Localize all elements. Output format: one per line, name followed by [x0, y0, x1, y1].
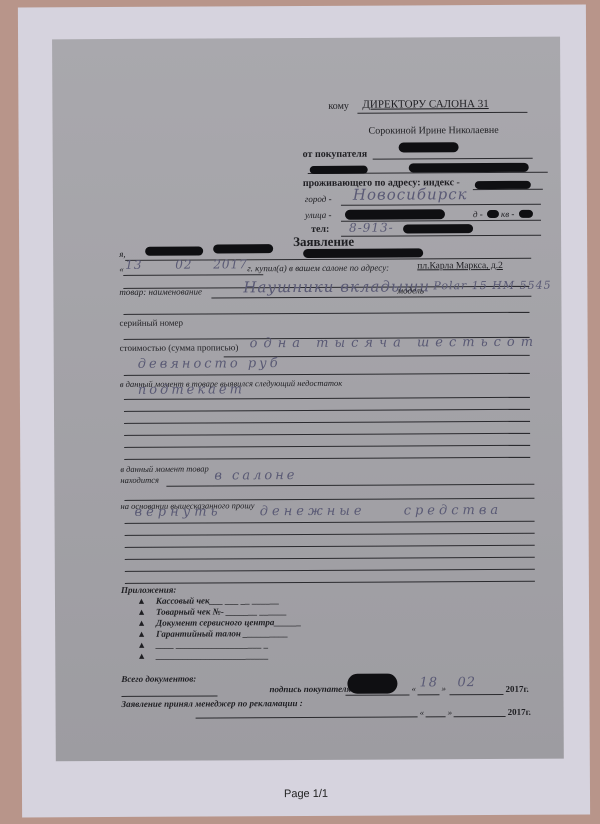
defect-line — [124, 457, 530, 460]
redaction — [310, 166, 368, 174]
defect-value: подтекает — [138, 382, 245, 398]
request-line — [125, 569, 535, 572]
redaction — [213, 244, 273, 253]
sign-day-underline — [417, 694, 439, 695]
attachment-item: ▲Товарный чек №- _______ ______ — [137, 606, 287, 617]
bullet-icon: ▲ — [137, 618, 146, 628]
bullet-icon: ▲ — [137, 607, 146, 617]
redaction — [475, 181, 531, 189]
request-line — [125, 581, 535, 584]
separator-line — [123, 312, 529, 315]
to-label: кому — [328, 101, 349, 112]
location-value: в салоне — [214, 468, 297, 483]
purchase-text: г. купил(а) в вашем салоне по адресу: — [247, 263, 389, 274]
redaction — [403, 224, 473, 233]
redaction — [409, 163, 529, 173]
city-label: город - — [305, 194, 332, 204]
defect-line — [124, 445, 530, 448]
apt-label: кв - — [501, 209, 514, 219]
product-label: товар: наименование — [119, 287, 202, 297]
page-indicator: Page 1/1 — [22, 787, 590, 802]
redaction — [303, 248, 423, 258]
model-value: Polar 15 HM 5545 — [433, 279, 551, 293]
bullet-icon: ▲ — [137, 640, 146, 650]
total-documents-label: Всего документов: — [121, 674, 196, 684]
sign-year: 2017г. — [505, 684, 528, 694]
attachment-item: ▲Документ сервисного центра______ — [137, 617, 301, 628]
total-underline — [121, 695, 217, 697]
attachment-item: ▲Кассовый чек___ ___ __ ______ — [137, 595, 279, 606]
quote-open: « — [420, 707, 425, 717]
request-line — [125, 545, 535, 548]
redaction — [487, 210, 499, 218]
signature-label: подпись покупателя — [269, 684, 351, 694]
manager-underline — [196, 716, 418, 718]
house-label: д - — [473, 209, 483, 219]
date-underline — [123, 274, 263, 276]
cost-label: стоимостью (сумма прописью) — [120, 342, 239, 353]
to-name: Сорокиной Ирине Николаевне — [369, 125, 499, 137]
quote-close: » — [441, 683, 446, 693]
attachment-item: ▲Гарантийный талон __________ — [137, 628, 288, 639]
printed-form: кому ДИРЕКТОРУ САЛОНА 31 Сорокиной Ирине… — [52, 37, 564, 762]
paper-sheet: кому ДИРЕКТОРУ САЛОНА 31 Сорокиной Ирине… — [18, 5, 590, 818]
location-label-1: в данный момент товар — [120, 463, 209, 473]
street-label: улица - — [305, 210, 332, 220]
signature-redaction — [347, 674, 397, 694]
to-underline — [357, 112, 527, 114]
cost-value-2: девяносто руб — [138, 356, 281, 372]
bullet-icon: ▲ — [137, 629, 146, 639]
location-label-2: находится — [120, 475, 159, 485]
from-label: от покупателя — [303, 149, 368, 160]
defect-line — [124, 433, 530, 436]
manager-month-underline — [454, 716, 506, 717]
to-value: ДИРЕКТОРУ САЛОНА 31 — [362, 98, 488, 111]
signature-underline — [345, 694, 409, 695]
phone-underline — [341, 235, 541, 237]
redaction — [399, 142, 459, 152]
bullet-icon: ▲ — [137, 651, 146, 661]
cost-underline-2 — [124, 373, 530, 376]
serial-label: серийный номер — [120, 318, 184, 328]
purchase-address: пл.Карла Маркса, д.2 — [417, 261, 503, 271]
defect-line — [124, 409, 530, 412]
request-line — [125, 557, 535, 560]
quote-close: » — [448, 707, 453, 717]
sign-month-underline — [449, 694, 503, 695]
from-underline — [373, 158, 533, 160]
request-value: вернуть денежные средства — [134, 503, 502, 520]
city-value: Новосибирск — [353, 185, 468, 204]
document-title: Заявление — [293, 234, 354, 250]
defect-line — [124, 421, 530, 424]
date-month: 02 — [175, 258, 192, 272]
attachment-item: ▲____ ___________________ _ — [137, 639, 268, 650]
city-underline — [341, 204, 541, 206]
redaction — [145, 247, 203, 256]
phone-value: 8-913- — [349, 221, 394, 235]
location-underline — [166, 484, 534, 487]
bullet-icon: ▲ — [137, 596, 146, 606]
cost-value-1: одна тысяча шестьсот — [250, 335, 539, 352]
quote-open: « — [411, 683, 416, 693]
attachments-title: Приложения: — [121, 585, 177, 595]
redaction — [345, 209, 445, 220]
date-open-quote: « — [119, 264, 124, 274]
sign-month: 02 — [457, 675, 476, 690]
manager-year: 2017г. — [508, 707, 531, 717]
redaction — [519, 210, 533, 218]
request-line — [125, 533, 535, 536]
sign-day: 18 — [419, 675, 438, 690]
request-line — [125, 521, 535, 524]
date-year: 2017 — [213, 257, 248, 271]
manager-day-underline — [426, 716, 446, 717]
attachment-item: ▲_________________________ — [137, 650, 268, 661]
model-label: модель — [397, 285, 424, 295]
date-day: 13 — [125, 258, 142, 272]
manager-label: Заявление принял менеджер по рекламации … — [122, 698, 303, 709]
